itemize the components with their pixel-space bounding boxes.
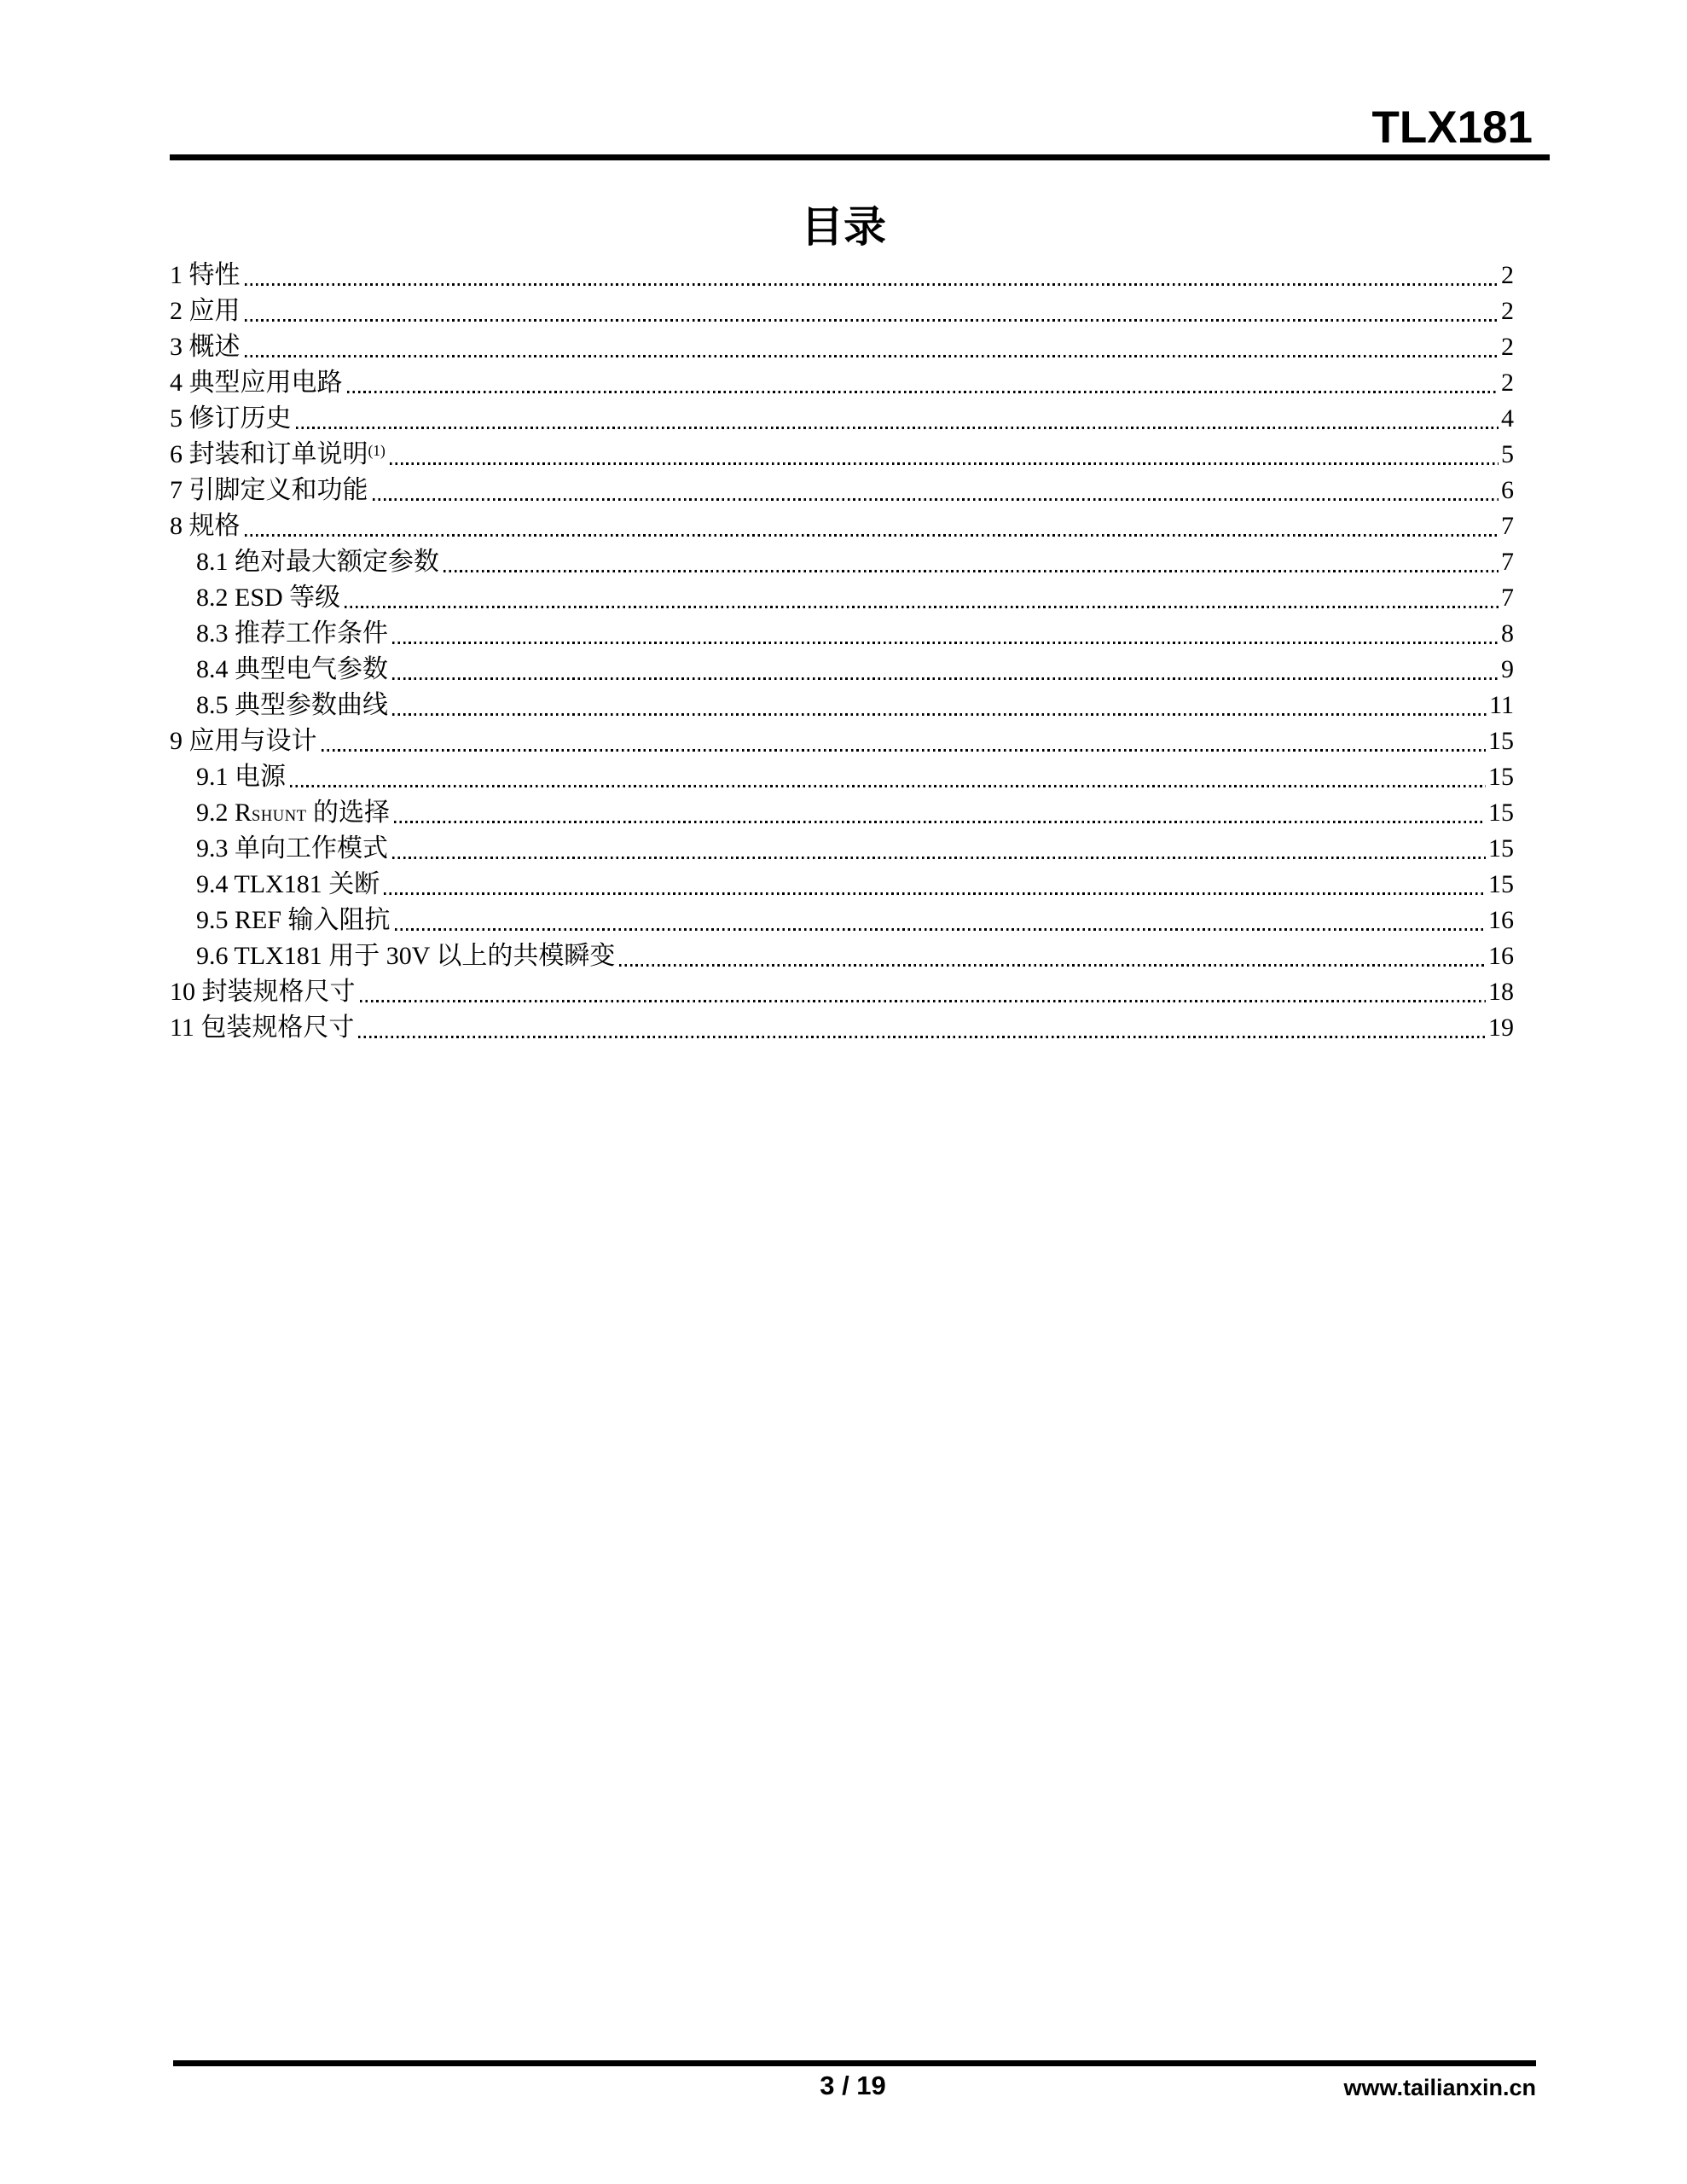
toc-entry[interactable]: 9.3 单向工作模式15 bbox=[170, 829, 1514, 865]
toc-entry-text: 8.4 典型电气参数 bbox=[196, 655, 388, 683]
dot-leader bbox=[384, 892, 1486, 895]
dot-leader bbox=[392, 857, 1486, 859]
dot-leader bbox=[358, 1036, 1486, 1038]
dot-leader bbox=[347, 391, 1499, 393]
toc-entry[interactable]: 9.2 RSHUNT 的选择15 bbox=[170, 793, 1514, 829]
toc-entry-page-number: 7 bbox=[1501, 582, 1514, 614]
toc-entry[interactable]: 9.6 TLX181 用于 30V 以上的共模瞬变16 bbox=[170, 937, 1514, 973]
toc-entry[interactable]: 3 概述2 bbox=[170, 328, 1514, 363]
dot-leader bbox=[245, 534, 1499, 537]
part-number: TLX181 bbox=[1371, 105, 1533, 150]
toc-entry-page-number: 6 bbox=[1501, 474, 1514, 507]
toc-entry-text: 9.6 TLX181 用于 30V 以上的共模瞬变 bbox=[196, 942, 615, 970]
toc-entry-page-number: 11 bbox=[1489, 689, 1514, 722]
toc-entry-label: 8.2 ESD 等级 bbox=[196, 582, 340, 614]
dot-leader bbox=[619, 964, 1486, 967]
toc-entry-page-number: 2 bbox=[1501, 259, 1514, 292]
toc-entry[interactable]: 11 包装规格尺寸19 bbox=[170, 1008, 1514, 1044]
toc-entry-text: 3 概述 bbox=[170, 333, 241, 361]
toc-entry-page-number: 15 bbox=[1488, 761, 1514, 793]
toc-entry-text: 8.3 推荐工作条件 bbox=[196, 619, 388, 648]
toc-entry-text: 5 修订历史 bbox=[170, 404, 292, 433]
toc-entry-text: 9.3 单向工作模式 bbox=[196, 834, 388, 863]
toc-entry-page-number: 15 bbox=[1488, 868, 1514, 901]
toc-entry-label: 9.2 RSHUNT 的选择 bbox=[196, 797, 390, 829]
toc-entry[interactable]: 8.4 典型电气参数9 bbox=[170, 650, 1514, 686]
toc-entry-label: 9.4 TLX181 关断 bbox=[196, 868, 380, 901]
toc-entry-label: 6 封装和订单说明(1) bbox=[170, 439, 386, 471]
toc-entry[interactable]: 5 修订历史4 bbox=[170, 399, 1514, 435]
dot-leader bbox=[296, 427, 1499, 429]
toc-entry-page-number: 2 bbox=[1501, 295, 1514, 328]
toc-entry-label: 4 典型应用电路 bbox=[170, 367, 343, 399]
toc-entry[interactable]: 9.1 电源15 bbox=[170, 758, 1514, 793]
toc-title: 目录 bbox=[0, 202, 1687, 252]
toc-entry-page-number: 15 bbox=[1488, 833, 1514, 865]
toc-entry-label: 9 应用与设计 bbox=[170, 725, 317, 758]
toc-entry[interactable]: 8 规格7 bbox=[170, 507, 1514, 543]
toc-entry-text: 的选择 bbox=[307, 799, 391, 827]
toc-entry-superscript: (1) bbox=[368, 442, 386, 459]
toc-entry-page-number: 9 bbox=[1501, 653, 1514, 686]
dot-leader bbox=[373, 498, 1499, 501]
toc-entry[interactable]: 8.2 ESD 等级7 bbox=[170, 578, 1514, 614]
toc-entry-label: 8.3 推荐工作条件 bbox=[196, 618, 388, 650]
toc-entry-text: 4 典型应用电路 bbox=[170, 369, 343, 397]
toc-entry-text: 9.2 R bbox=[196, 799, 252, 827]
toc-entry-page-number: 18 bbox=[1488, 976, 1514, 1008]
dot-leader bbox=[392, 677, 1499, 680]
toc-entry[interactable]: 6 封装和订单说明(1)5 bbox=[170, 435, 1514, 471]
dot-leader bbox=[395, 928, 1486, 931]
dot-leader bbox=[360, 1000, 1487, 1002]
dot-leader bbox=[245, 355, 1499, 357]
toc-entry[interactable]: 9.5 REF 输入阻抗16 bbox=[170, 901, 1514, 937]
toc-entry-page-number: 4 bbox=[1501, 403, 1514, 435]
toc-entry-label: 8.1 绝对最大额定参数 bbox=[196, 546, 439, 578]
toc-entry[interactable]: 10 封装规格尺寸18 bbox=[170, 973, 1514, 1008]
toc-entry-text: 11 包装规格尺寸 bbox=[170, 1014, 354, 1042]
toc-entry-page-number: 2 bbox=[1501, 367, 1514, 399]
toc-entry-text: 8 规格 bbox=[170, 512, 241, 540]
website-link[interactable]: www.tailianxin.cn bbox=[1343, 2074, 1536, 2101]
page-indicator: 3 / 19 bbox=[170, 2071, 1536, 2101]
toc-entry-text: 9.4 TLX181 关断 bbox=[196, 870, 380, 898]
toc-entry-label: 7 引脚定义和功能 bbox=[170, 474, 368, 507]
toc-entry-label: 5 修订历史 bbox=[170, 403, 292, 435]
toc-entry-subscript: SHUNT bbox=[252, 807, 306, 825]
toc-entry-label: 11 包装规格尺寸 bbox=[170, 1012, 354, 1044]
toc-entry-label: 8.4 典型电气参数 bbox=[196, 653, 388, 686]
toc-entry-label: 10 封装规格尺寸 bbox=[170, 976, 356, 1008]
toc-entry-page-number: 16 bbox=[1488, 940, 1514, 973]
toc-entry-page-number: 7 bbox=[1501, 510, 1514, 543]
dot-leader bbox=[392, 642, 1499, 644]
toc-entry[interactable]: 7 引脚定义和功能6 bbox=[170, 471, 1514, 507]
toc-entry-page-number: 8 bbox=[1501, 618, 1514, 650]
toc-entry-page-number: 15 bbox=[1488, 797, 1514, 829]
toc-entry[interactable]: 1 特性2 bbox=[170, 256, 1514, 292]
toc-entry-page-number: 7 bbox=[1501, 546, 1514, 578]
toc-entry[interactable]: 8.3 推荐工作条件8 bbox=[170, 614, 1514, 650]
toc-entry[interactable]: 4 典型应用电路2 bbox=[170, 363, 1514, 399]
toc-entry-text: 7 引脚定义和功能 bbox=[170, 476, 368, 504]
toc-entry-text: 9 应用与设计 bbox=[170, 727, 317, 755]
toc-entry-text: 2 应用 bbox=[170, 297, 241, 325]
dot-leader bbox=[245, 283, 1499, 286]
toc-entry-page-number: 16 bbox=[1488, 904, 1514, 937]
toc-entry-page-number: 5 bbox=[1501, 439, 1514, 471]
toc-entry-label: 9.6 TLX181 用于 30V 以上的共模瞬变 bbox=[196, 940, 615, 973]
toc-entry[interactable]: 8.5 典型参数曲线11 bbox=[170, 686, 1514, 722]
toc-entry-label: 9.3 单向工作模式 bbox=[196, 833, 388, 865]
toc-entry-label: 9.1 电源 bbox=[196, 761, 286, 793]
toc-entry-page-number: 19 bbox=[1488, 1012, 1514, 1044]
toc-entry-label: 1 特性 bbox=[170, 259, 241, 292]
toc-entry[interactable]: 8.1 绝对最大额定参数7 bbox=[170, 543, 1514, 578]
toc-entry-label: 2 应用 bbox=[170, 295, 241, 328]
dot-leader bbox=[392, 713, 1487, 716]
toc-entry[interactable]: 9.4 TLX181 关断15 bbox=[170, 865, 1514, 901]
toc-entry-text: 8.5 典型参数曲线 bbox=[196, 691, 388, 719]
toc-entry-label: 8 规格 bbox=[170, 510, 241, 543]
dot-leader bbox=[245, 319, 1499, 322]
dot-leader bbox=[443, 570, 1499, 572]
toc-entry-label: 3 概述 bbox=[170, 331, 241, 363]
toc-list: 1 特性22 应用23 概述24 典型应用电路25 修订历史46 封装和订单说明… bbox=[170, 256, 1514, 1044]
toc-entry-text: 10 封装规格尺寸 bbox=[170, 978, 356, 1006]
footer-rule bbox=[173, 2060, 1536, 2066]
dot-leader bbox=[322, 749, 1487, 752]
toc-entry-text: 8.1 绝对最大额定参数 bbox=[196, 548, 439, 576]
toc-entry-text: 1 特性 bbox=[170, 261, 241, 289]
dot-leader bbox=[290, 785, 1486, 787]
toc-entry-text: 6 封装和订单说明 bbox=[170, 440, 368, 468]
toc-entry-page-number: 15 bbox=[1488, 725, 1514, 758]
toc-entry-label: 9.5 REF 输入阻抗 bbox=[196, 904, 391, 937]
toc-entry-text: 8.2 ESD 等级 bbox=[196, 584, 340, 612]
toc-entry-page-number: 2 bbox=[1501, 331, 1514, 363]
datasheet-toc-page: TLX181 目录 1 特性22 应用23 概述24 典型应用电路25 修订历史… bbox=[0, 0, 1687, 2184]
toc-entry-label: 8.5 典型参数曲线 bbox=[196, 689, 388, 722]
toc-entry-text: 9.1 电源 bbox=[196, 763, 286, 791]
header-rule bbox=[170, 154, 1550, 160]
dot-leader bbox=[394, 821, 1486, 823]
dot-leader bbox=[345, 606, 1499, 608]
toc-entry-text: 9.5 REF 输入阻抗 bbox=[196, 906, 391, 934]
dot-leader bbox=[390, 462, 1499, 465]
toc-entry[interactable]: 2 应用2 bbox=[170, 292, 1514, 328]
toc-entry[interactable]: 9 应用与设计15 bbox=[170, 722, 1514, 758]
